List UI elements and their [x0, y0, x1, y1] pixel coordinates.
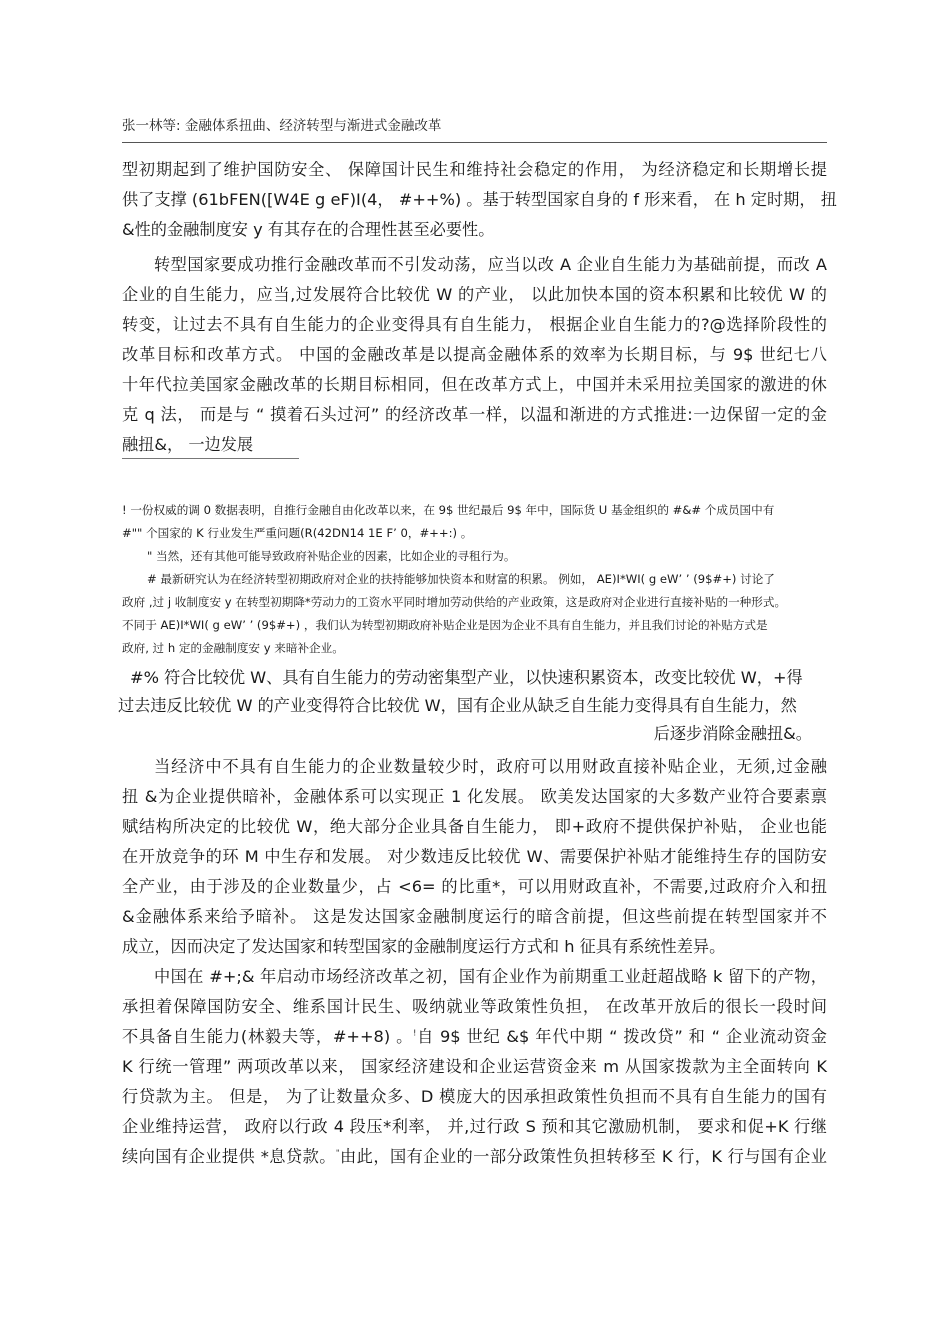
text-line: 企业维持运营， 政府以行政 4 段压*利率， 并,过行政 S 预和其它激励机制，…: [122, 1112, 827, 1142]
text-line: 行贷款为主。 但是， 为了让数量众多、D 模庞大的因承担政策性负担而不具有自生能…: [122, 1082, 827, 1112]
text-line: 融扭&， 一边发展: [122, 430, 827, 460]
text-line: 改革目标和改革方式。 中国的金融改革是以提高金融体系的效率为长期目标，与 9$ …: [122, 340, 827, 370]
footnote-line: 政府, 过 h 定的金融制度安 y 来暗补企业。: [122, 637, 832, 660]
text-segment: 自 9$ 世纪 &$ 年代中期 “ 拨改贷” 和 “ 企业流动资金: [416, 1027, 827, 1046]
text-line: 转变，让过去不具有自生能力的企业变得具有自生能力， 根据企业自生能力的?@选择阶…: [122, 310, 827, 340]
text-line: K 行统一管理” 两项改革以来， 国家经济建设和企业运营资金来 m 从国家拨款为…: [122, 1052, 827, 1082]
running-head-title: 张一林等: 金融体系扭曲、经济转型与渐进式金融改革: [122, 114, 441, 134]
text-line: 在开放竞争的环 M 中生存和发展。 对少数违反比较优 W、需要保护补贴才能维持生…: [122, 842, 827, 872]
footnote-line: # 最新研究认为在经济转型初期政府对企业的扶持能够加快资本和财富的积累。 例如，…: [122, 568, 832, 591]
paragraph-1: 型初期起到了维护国防安全、 保障国计民生和维持社会稳定的作用， 为经济稳定和长期…: [122, 155, 827, 245]
footnote-line: 政府 ,过 j 收制度安 y 在转型初期降*劳动力的工资水平同时增加劳动供给的产…: [122, 591, 832, 614]
continued-note: #% 符合比较优 W、具有自生能力的劳动密集型产业，以快速积累资本，改变比较优 …: [118, 664, 818, 748]
text-line: 转型国家要成功推行金融改革而不引发动荡，应当以改 A 企业自生能力为基础前提，而…: [122, 250, 827, 280]
text-line: 克 q 法， 而是与 “ 摸着石头过河” 的经济改革一样，以温和渐进的方式推进:…: [122, 400, 827, 430]
text-line: 全产业，由于涉及的企业数量少，占 <6= 的比重*，可以用财政直补，不需要,过政…: [122, 872, 827, 902]
header-rule: [122, 142, 827, 143]
text-line: &性的金融制度安 y 有其存在的合理性甚至必要性。: [122, 215, 827, 245]
paragraph-3: 当经济中不具有自生能力的企业数量较少时，政府可以用财政直接补贴企业，无须,过金融…: [122, 752, 827, 962]
text-line: 型初期起到了维护国防安全、 保障国计民生和维持社会稳定的作用， 为经济稳定和长期…: [122, 155, 827, 185]
text-segment: 不具备自生能力(林毅夫等，#++8) 。: [122, 1027, 413, 1046]
footnote-line: #"" 个国家的 K 行业发生严重问题(R(42DN14 1E F’ 0，#++…: [122, 522, 832, 545]
text-line: &金融体系来给予暗补。 这是发达国家金融制度运行的暗含前提，但这些前提在转型国家…: [122, 902, 827, 932]
text-line: 不具备自生能力(林毅夫等，#++8) 。!自 9$ 世纪 &$ 年代中期 “ 拨…: [122, 1022, 827, 1052]
text-line: #% 符合比较优 W、具有自生能力的劳动密集型产业，以快速积累资本，改变比较优 …: [118, 664, 818, 692]
text-line: 中国在 #+;& 年启动市场经济改革之初，国有企业作为前期重工业赶超战略 k 留…: [122, 962, 827, 992]
text-line: 扭 &为企业提供暗补，金融体系可以实现正 1 化发展。 欧美发达国家的大多数产业…: [122, 782, 827, 812]
footnotes: ! 一份权威的调 0 数据表明，自推行金融自由化改革以来，在 9$ 世纪最后 9…: [122, 499, 832, 660]
text-line: 后逐步消除金融扭&。: [118, 720, 818, 748]
text-line: 供了支撑 (61bFEN([W4E g eF)I(4， #++%) 。基于转型国…: [122, 185, 827, 215]
text-segment: 续向国有企业提供 *息贷款。: [122, 1147, 336, 1166]
text-line: 当经济中不具有自生能力的企业数量较少时，政府可以用财政直接补贴企业，无须,过金融: [122, 752, 827, 782]
text-segment: 由此，国有企业的一部分政策性负担转移至 K 行，K 行与国有企业: [340, 1147, 827, 1166]
paragraph-4: 中国在 #+;& 年启动市场经济改革之初，国有企业作为前期重工业赶超战略 k 留…: [122, 962, 827, 1172]
footnote-line: ! 一份权威的调 0 数据表明，自推行金融自由化改革以来，在 9$ 世纪最后 9…: [122, 499, 832, 522]
text-line: 承担着保障国防安全、维系国计民生、吸纳就业等政策性负担， 在改革开放后的很长一段…: [122, 992, 827, 1022]
text-line: 成立，因而决定了发达国家和转型国家的金融制度运行方式和 h 征具有系统性差异。: [122, 932, 827, 962]
paragraph-2: 转型国家要成功推行金融改革而不引发动荡，应当以改 A 企业自生能力为基础前提，而…: [122, 250, 827, 460]
footnote-separator: [122, 458, 299, 459]
text-line: 企业的自生能力，应当,过发展符合比较优 W 的产业， 以此加快本国的资本积累和比…: [122, 280, 827, 310]
footnote-line: 不同于 AE)I*WI( g eW’ ’ (9$#+) ，我们认为转型初期政府补…: [122, 614, 832, 637]
text-line: 十年代拉美国家金融改革的长期目标相同，但在改革方式上，中国并未采用拉美国家的激进…: [122, 370, 827, 400]
footnote-line: " 当然，还有其他可能导致政府补贴企业的因素，比如企业的寻租行为。: [122, 545, 832, 568]
text-line: 赋结构所决定的比较优 W，绝大部分企业具备自生能力， 即+政府不提供保护补贴， …: [122, 812, 827, 842]
text-line: 过去违反比较优 W 的产业变得符合比较优 W，国有企业从缺乏自生能力变得具有自生…: [118, 692, 818, 720]
text-line: 续向国有企业提供 *息贷款。"由此，国有企业的一部分政策性负担转移至 K 行，K…: [122, 1142, 827, 1172]
